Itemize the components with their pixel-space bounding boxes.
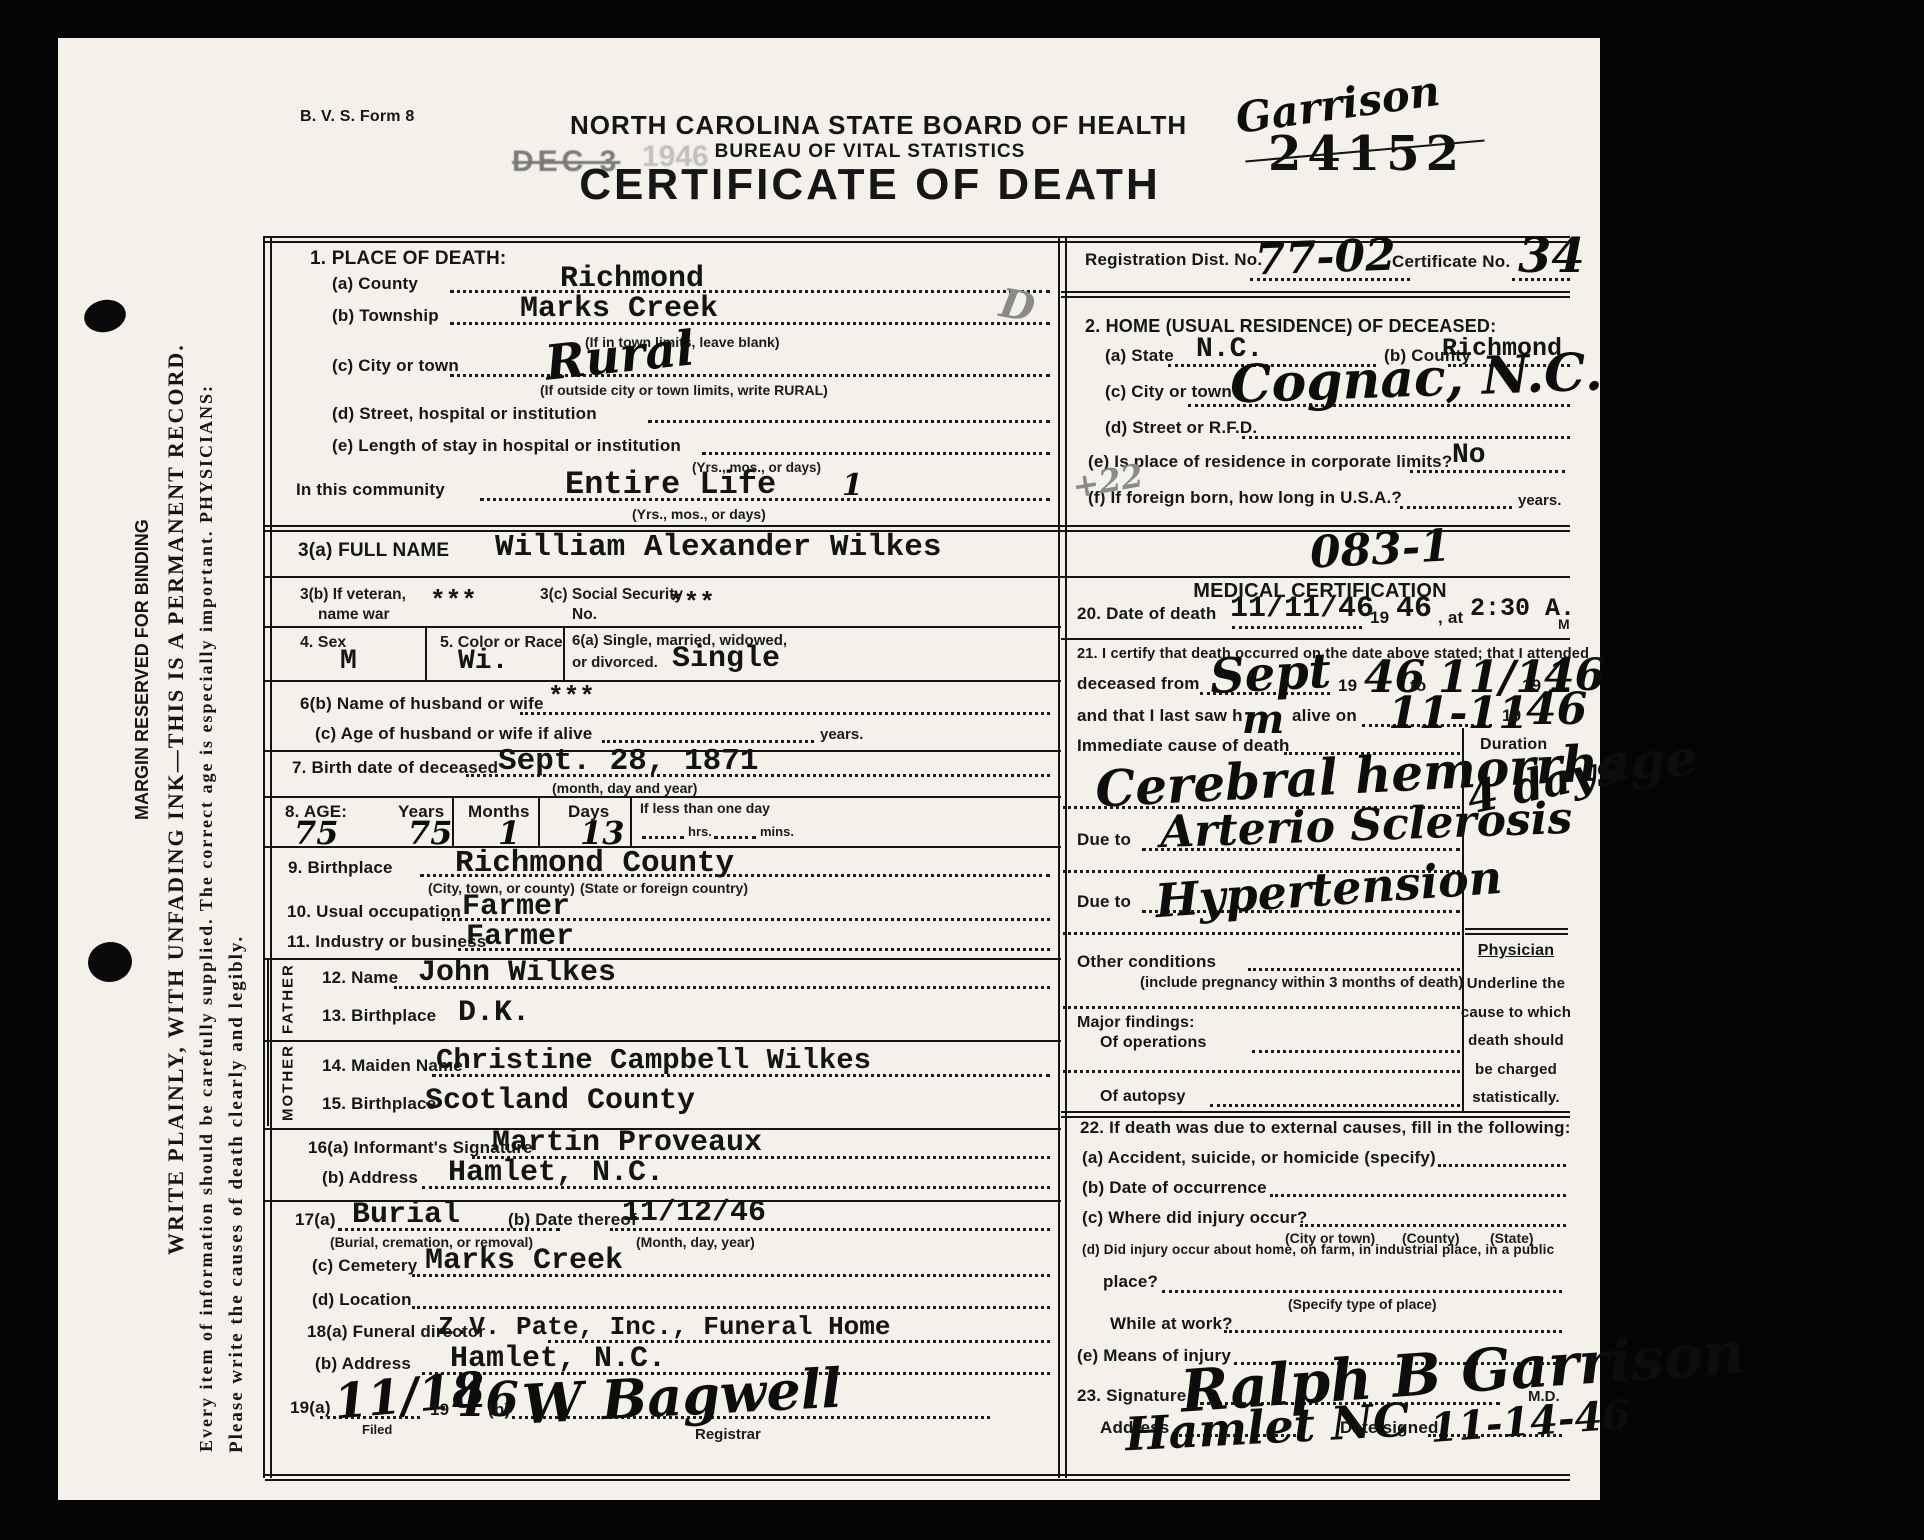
mother-name-value: Christine Campbell Wilkes [436, 1044, 871, 1077]
birth-date-value: Sept. 28, 1871 [498, 744, 758, 779]
dod-year-prefix: 19 [1370, 608, 1389, 628]
spouse-age-suffix: years. [820, 726, 863, 743]
from-year-prefix: 19 [1338, 676, 1357, 696]
county-value: Richmond [560, 262, 704, 296]
dotted-line [1210, 1104, 1460, 1107]
row-rule [265, 1040, 1061, 1042]
ssn-label: 3(c) Social Security [540, 586, 683, 604]
hrs-label: hrs. [688, 824, 712, 839]
dod-m-label: M [1558, 616, 1570, 632]
date-signed-label: Date signed [1340, 1418, 1439, 1438]
mother-birthplace-label: 15. Birthplace [322, 1094, 436, 1114]
due-to-label-1: Due to [1077, 830, 1131, 850]
saw-year-value: 46 [1526, 684, 1587, 735]
county-label: (a) County [332, 274, 418, 294]
row-rule [265, 680, 1061, 682]
other-conditions-label: Other conditions [1077, 952, 1216, 972]
community-hint: (Yrs., mos., or days) [632, 506, 766, 522]
certificate-no-label: Certificate No. [1392, 252, 1510, 272]
father-birthplace-value: D.K. [458, 996, 530, 1030]
dod-year-value: 46 [1396, 592, 1432, 626]
injury-place-label: (d) Did injury occur about home, on farm… [1082, 1242, 1554, 1257]
full-name-label: 3(a) FULL NAME [298, 540, 449, 562]
street-label: (d) Street, hospital or institution [332, 404, 597, 424]
spouse-name-label: 6(b) Name of husband or wife [300, 694, 544, 714]
cemetery-value: Marks Creek [425, 1244, 623, 1278]
dotted-line [714, 836, 756, 839]
date-of-death-label: 20. Date of death [1077, 604, 1216, 624]
informant-address-value: Hamlet, N.C. [448, 1156, 664, 1190]
dotted-line [1410, 470, 1565, 473]
date-of-death-value: 11/11/46 [1230, 592, 1374, 626]
home-state-label: (a) State [1105, 346, 1174, 366]
informant-address-label: (b) Address [322, 1168, 418, 1188]
row-rule [265, 626, 1061, 628]
corporate-limits-label: (e) Is place of residence in corporate l… [1088, 452, 1452, 472]
last-saw-label: and that I last saw h [1077, 706, 1243, 726]
dotted-line [702, 452, 1050, 455]
ssn-label2: No. [572, 606, 597, 624]
certificate-file-number: 24152 [1268, 126, 1465, 182]
occupation-value: Farmer [462, 890, 570, 924]
mother-birthplace-value: Scotland County [425, 1084, 695, 1118]
dotted-line [1248, 968, 1460, 971]
due-to-label-2: Due to [1077, 892, 1131, 912]
home-city-handwritten-value: Cognac, N.C. [1229, 342, 1604, 416]
disposal-date-value: 11/12/46 [622, 1196, 766, 1230]
injury-where-label: (c) Where did injury occur? [1082, 1208, 1307, 1228]
city-label: (c) City or town [332, 356, 459, 376]
location-label: (d) Location [312, 1290, 412, 1310]
physician-signature-label: 23. Signature [1077, 1386, 1186, 1406]
other-conditions-hint: (include pregnancy within 3 months of de… [1140, 974, 1463, 991]
cell-divider [538, 796, 540, 846]
filed-hint: Filed [362, 1422, 392, 1437]
dotted-line [648, 420, 1050, 423]
section-rule [1061, 1111, 1570, 1118]
place-of-death-heading: 1. PLACE OF DEATH: [310, 248, 506, 270]
injury-place-label2: place? [1103, 1272, 1158, 1292]
cell-divider [425, 626, 427, 680]
spouse-age-label: (c) Age of husband or wife if alive [315, 724, 592, 744]
registration-rule [1061, 291, 1570, 298]
cemetery-label: (c) Cemetery [312, 1256, 417, 1276]
dotted-line [602, 740, 814, 743]
birth-date-hint: (month, day and year) [552, 780, 697, 796]
margin-every-item-note: Every item of information should be care… [196, 112, 217, 1452]
disposal-label: 17(a) [295, 1210, 336, 1230]
accident-label: (a) Accident, suicide, or homicide (spec… [1082, 1148, 1436, 1168]
stray-tick-mark: 1 [842, 468, 863, 503]
dotted-line [1250, 278, 1410, 281]
marital-label2: or divorced. [572, 654, 658, 671]
township-label: (b) Township [332, 306, 439, 326]
father-name-value: John Wilkes [418, 956, 616, 990]
industry-label: 11. Industry or business [287, 932, 486, 952]
dotted-line [1063, 932, 1460, 935]
ssn-value: *** [668, 588, 715, 618]
code-handwritten: 083-1 [1309, 520, 1452, 578]
veteran-value: *** [430, 586, 477, 616]
dotted-line [1438, 1164, 1566, 1167]
specify-place-hint: (Specify type of place) [1288, 1296, 1437, 1312]
physician-note: Underline the cause to which death shoul… [1460, 970, 1572, 1113]
attended-from-label: deceased from [1077, 674, 1200, 694]
certificate-no-value: 34 [1518, 228, 1585, 284]
row-rule [1061, 638, 1570, 640]
race-value: Wi. [458, 646, 508, 677]
alive-on-label: alive on [1292, 706, 1357, 726]
sex-value: M [340, 646, 357, 677]
dotted-line [1063, 1070, 1460, 1073]
dotted-line [520, 712, 1050, 715]
while-at-work-label: While at work? [1110, 1314, 1233, 1334]
dotted-line [1512, 278, 1570, 281]
dotted-line [642, 836, 684, 839]
filed-year-prefix: 19 [430, 1400, 449, 1420]
funeral-director-value: Z.V. Pate, Inc., Funeral Home [438, 1312, 890, 1342]
city-hint: (If outside city or town limits, write R… [540, 382, 828, 398]
corporate-limits-value: No [1452, 440, 1486, 471]
board-title: NORTH CAROLINA STATE BOARD OF HEALTH [570, 110, 1170, 141]
dotted-line [1252, 1050, 1460, 1053]
of-operations-label: Of operations [1100, 1034, 1207, 1052]
mins-label: mins. [760, 824, 794, 839]
of-autopsy-label: Of autopsy [1100, 1088, 1186, 1106]
community-label: In this community [296, 480, 445, 500]
cell-divider [563, 626, 565, 680]
dotted-line [1270, 1194, 1566, 1197]
form-number: B. V. S. Form 8 [300, 108, 414, 126]
occurrence-date-label: (b) Date of occurrence [1082, 1178, 1267, 1198]
major-findings-label: Major findings: [1077, 1014, 1195, 1032]
form-left-border [263, 236, 272, 1478]
filed-label: 19(a) [290, 1398, 331, 1418]
stay-label: (e) Length of stay in hospital or instit… [332, 436, 681, 456]
form-bottom-rule [265, 1474, 1570, 1481]
physician-title: Physician [1462, 942, 1570, 960]
cell-divider [630, 796, 632, 846]
spouse-name-value: *** [548, 682, 595, 712]
duration-label: Duration [1480, 736, 1547, 754]
certificate-title: CERTIFICATE OF DEATH [570, 160, 1170, 210]
margin-write-plainly-note: WRITE PLAINLY, WITH UNFADING INK—THIS IS… [163, 180, 189, 1255]
birthplace-hint2: (State or foreign country) [580, 880, 748, 896]
father-group-label: FATHER [267, 958, 307, 1040]
registrar-sig-label: (b) [488, 1400, 510, 1420]
full-name-value: William Alexander Wilkes [495, 530, 941, 565]
dotted-line [1300, 1224, 1566, 1227]
dod-at-label: , at [1438, 608, 1463, 628]
dotted-line [450, 374, 1050, 377]
dotted-line [412, 1306, 1050, 1309]
father-birthplace-label: 13. Birthplace [322, 1006, 436, 1026]
dotted-line [1224, 1330, 1562, 1333]
disposal-date-hint: (Month, day, year) [636, 1234, 755, 1250]
informant-signature-value: Martin Proveaux [492, 1126, 762, 1160]
industry-value: Farmer [466, 920, 574, 954]
home-street-label: (d) Street or R.F.D. [1105, 418, 1257, 438]
disposal-value: Burial [352, 1198, 460, 1232]
sidebar-rule [1465, 928, 1568, 935]
marital-value: Single [672, 642, 780, 676]
birthplace-value: Richmond County [455, 846, 734, 881]
birthplace-label: 9. Birthplace [288, 858, 393, 878]
foreign-born-suffix: years. [1518, 492, 1561, 509]
dotted-line [1242, 436, 1570, 439]
less-than-day-label: If less than one day [640, 800, 770, 816]
registration-dist-label: Registration Dist. No. [1085, 250, 1262, 270]
margin-binding-note: MARGIN RESERVED FOR BINDING [132, 440, 153, 820]
margin-causes-note: Please write the causes of death clearly… [226, 828, 248, 1453]
dotted-line [1400, 506, 1512, 509]
registrar-hint: Registrar [695, 1426, 761, 1443]
row-rule [265, 576, 1570, 578]
community-value: Entire Life [565, 466, 776, 503]
row-rule [265, 796, 1061, 798]
mother-group-label: MOTHER [267, 1040, 307, 1126]
veteran-label2: name war [318, 606, 390, 624]
dotted-line [1232, 626, 1362, 629]
form-column-divider [1058, 236, 1067, 1478]
saw-year-prefix: 19 [1502, 706, 1521, 726]
row-rule [265, 958, 1061, 960]
occupation-label: 10. Usual occupation [287, 902, 461, 922]
disposal-date-label: (b) Date thereof [508, 1210, 637, 1230]
veteran-label: 3(b) If veteran, [300, 586, 406, 604]
scanned-death-certificate: MARGIN RESERVED FOR BINDING WRITE PLAINL… [0, 0, 1924, 1540]
dotted-line [1162, 1290, 1562, 1293]
home-city-label: (c) City or town [1105, 382, 1232, 402]
home-heading: 2. HOME (USUAL RESIDENCE) OF DECEASED: [1085, 316, 1496, 337]
dotted-line [1063, 1006, 1460, 1009]
father-name-label: 12. Name [322, 968, 398, 988]
external-causes-heading: 22. If death was due to external causes,… [1080, 1118, 1571, 1138]
